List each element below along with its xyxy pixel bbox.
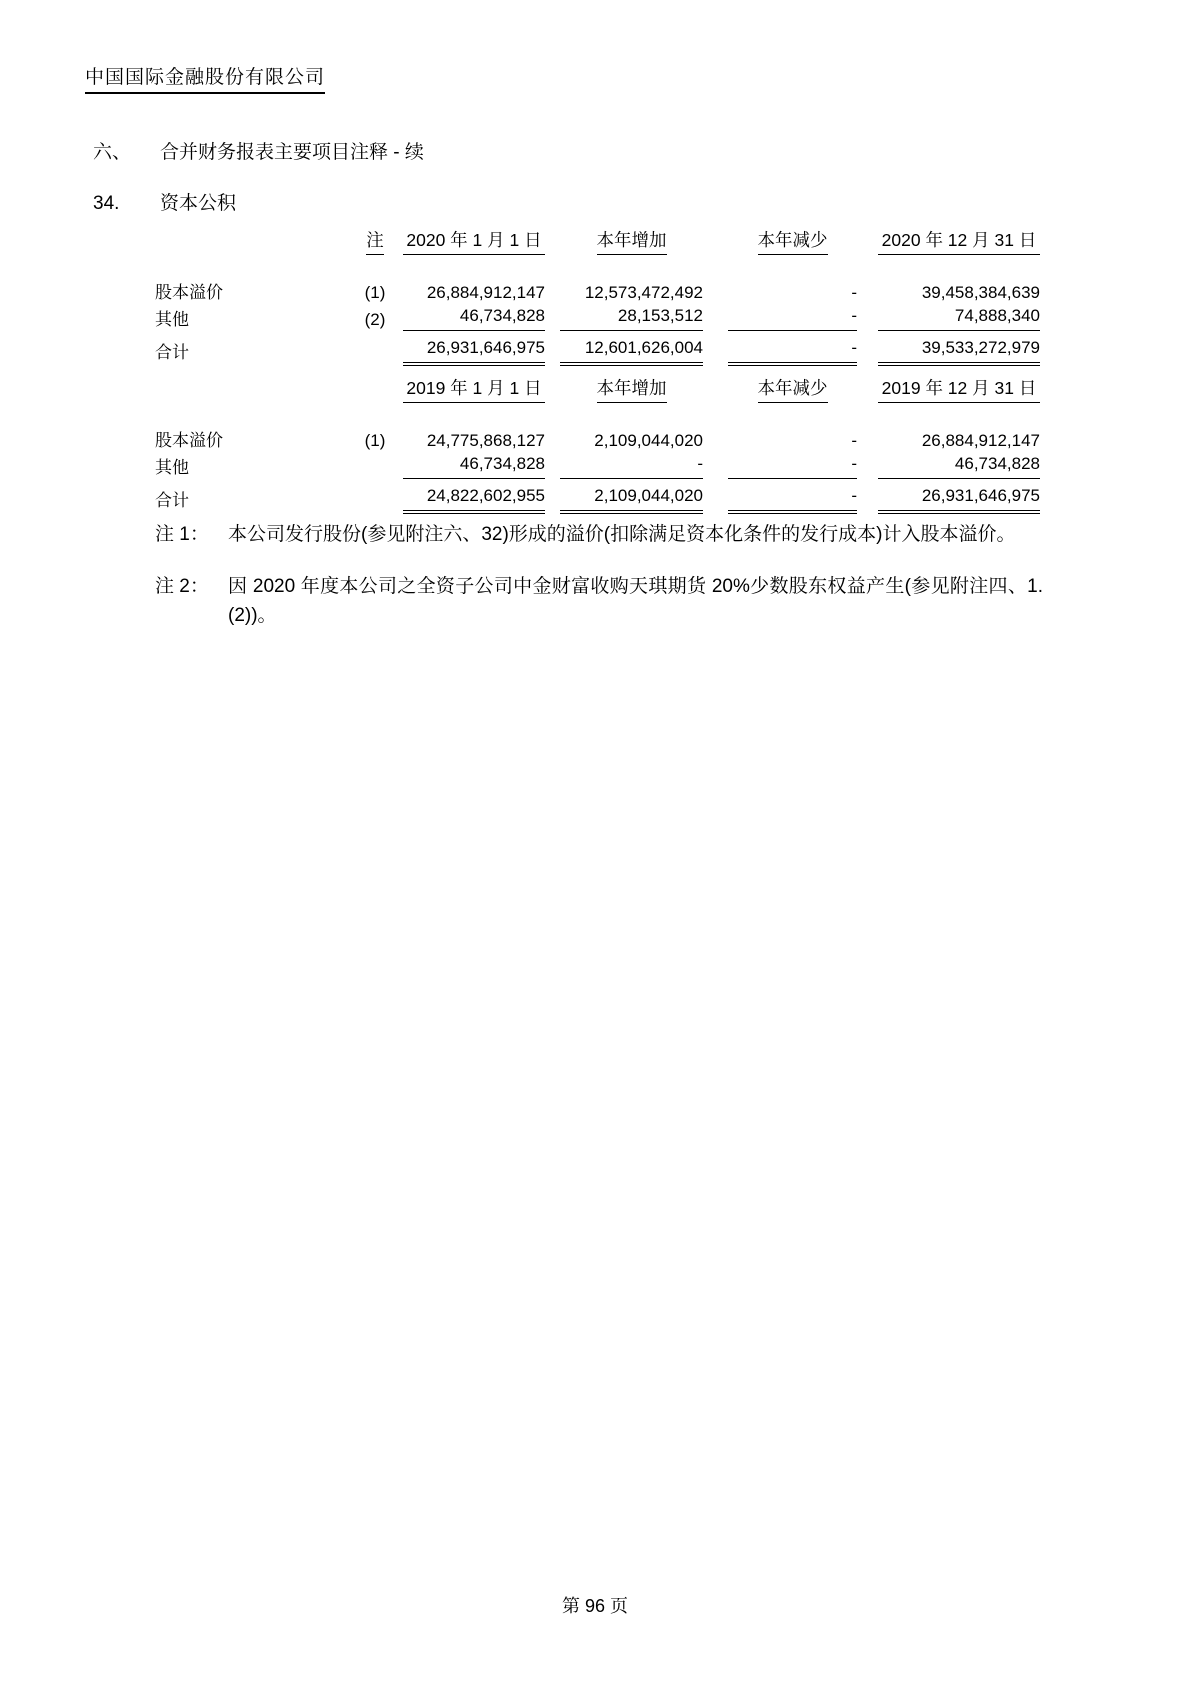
cell-value: 74,888,340 [878, 304, 1040, 331]
cell-value: 12,573,472,492 [560, 281, 703, 304]
cell-value: 24,822,602,955 [403, 479, 545, 513]
cell-value: - [560, 452, 703, 479]
table-header-row: 2019 年 1 月 1 日 本年增加 本年减少 2019 年 12 月 31 … [155, 376, 1040, 403]
column-header-additions: 本年增加 [560, 376, 703, 403]
header-empty [155, 228, 353, 255]
table-header-row: 注 2020 年 1 月 1 日 本年增加 本年减少 2020 年 12 月 3… [155, 228, 1040, 255]
footnote-label: 注 2： [155, 572, 228, 630]
column-header-closing: 2019 年 12 月 31 日 [878, 376, 1040, 403]
note-ref: (1) [353, 429, 397, 452]
note-ref: (1) [353, 281, 397, 304]
cell-value: 24,775,868,127 [403, 429, 545, 452]
column-header-opening: 2019 年 1 月 1 日 [403, 376, 545, 403]
note-ref [353, 479, 397, 513]
column-header-decreases: 本年减少 [728, 376, 857, 403]
footnotes: 注 1： 本公司发行股份(参见附注六、32)形成的溢价(扣除满足资本化条件的发行… [155, 520, 1043, 653]
cell-value: - [728, 429, 857, 452]
cell-value: 39,458,384,639 [878, 281, 1040, 304]
cell-value: 2,109,044,020 [560, 479, 703, 513]
footnote-label: 注 1： [155, 520, 228, 549]
cell-value: 26,884,912,147 [878, 429, 1040, 452]
column-header-note: 注 [353, 228, 397, 255]
cell-value: - [728, 479, 857, 513]
table-row: 其他 46,734,828 - - 46,734,828 [155, 452, 1040, 479]
cell-value: - [728, 331, 857, 365]
column-header-additions: 本年增加 [560, 228, 703, 255]
footnote-2: 注 2： 因 2020 年度本公司之全资子公司中金财富收购天琪期货 20%少数股… [155, 572, 1043, 630]
item-heading: 34.资本公积 [93, 188, 236, 215]
cell-value: - [728, 281, 857, 304]
row-label: 其他 [155, 304, 353, 331]
cell-value: 26,884,912,147 [403, 281, 545, 304]
section-number: 六、 [93, 137, 160, 164]
column-header-decreases: 本年减少 [728, 228, 857, 255]
cell-value: 46,734,828 [403, 304, 545, 331]
document-page: 中国国际金融股份有限公司 六、合并财务报表主要项目注释 - 续 34.资本公积 … [0, 0, 1190, 1684]
cell-value: 28,153,512 [560, 304, 703, 331]
company-name: 中国国际金融股份有限公司 [85, 62, 325, 94]
column-header-note [353, 376, 397, 403]
footnote-1: 注 1： 本公司发行股份(参见附注六、32)形成的溢价(扣除满足资本化条件的发行… [155, 520, 1043, 549]
page-number: 第 96 页 [0, 1592, 1190, 1618]
cell-value: 2,109,044,020 [560, 429, 703, 452]
cell-value: - [728, 304, 857, 331]
table-total-row: 合计 26,931,646,975 12,601,626,004 - 39,53… [155, 331, 1040, 365]
row-label: 其他 [155, 452, 353, 479]
footnote-text: 本公司发行股份(参见附注六、32)形成的溢价(扣除满足资本化条件的发行成本)计入… [228, 520, 1043, 549]
table-row: 股本溢价 (1) 24,775,868,127 2,109,044,020 - … [155, 429, 1040, 452]
column-header-opening: 2020 年 1 月 1 日 [403, 228, 545, 255]
cell-value: 12,601,626,004 [560, 331, 703, 365]
cell-value: - [728, 452, 857, 479]
spacer-row [155, 403, 1040, 429]
row-label: 股本溢价 [155, 281, 353, 304]
cell-value: 26,931,646,975 [878, 479, 1040, 513]
footnote-text: 因 2020 年度本公司之全资子公司中金财富收购天琪期货 20%少数股东权益产生… [228, 572, 1043, 630]
table-row: 其他 (2) 46,734,828 28,153,512 - 74,888,34… [155, 304, 1040, 331]
row-label: 股本溢价 [155, 429, 353, 452]
cell-value: 46,734,828 [878, 452, 1040, 479]
section-title: 合并财务报表主要项目注释 - 续 [160, 142, 424, 163]
cell-value: 39,533,272,979 [878, 331, 1040, 365]
cell-value: 46,734,828 [403, 452, 545, 479]
capital-reserve-table-2020: 注 2020 年 1 月 1 日 本年增加 本年减少 2020 年 12 月 3… [155, 228, 1040, 366]
row-label: 合计 [155, 479, 353, 513]
table-row: 股本溢价 (1) 26,884,912,147 12,573,472,492 -… [155, 281, 1040, 304]
item-number: 34. [93, 193, 160, 215]
note-ref [353, 452, 397, 479]
note-ref: (2) [353, 304, 397, 331]
cell-value: 26,931,646,975 [403, 331, 545, 365]
row-label: 合计 [155, 331, 353, 365]
capital-reserve-table-2019: 2019 年 1 月 1 日 本年增加 本年减少 2019 年 12 月 31 … [155, 376, 1040, 514]
column-header-closing: 2020 年 12 月 31 日 [878, 228, 1040, 255]
spacer-row [155, 255, 1040, 281]
table-total-row: 合计 24,822,602,955 2,109,044,020 - 26,931… [155, 479, 1040, 513]
section-heading: 六、合并财务报表主要项目注释 - 续 [93, 137, 424, 164]
note-ref [353, 331, 397, 365]
item-title: 资本公积 [160, 193, 236, 214]
